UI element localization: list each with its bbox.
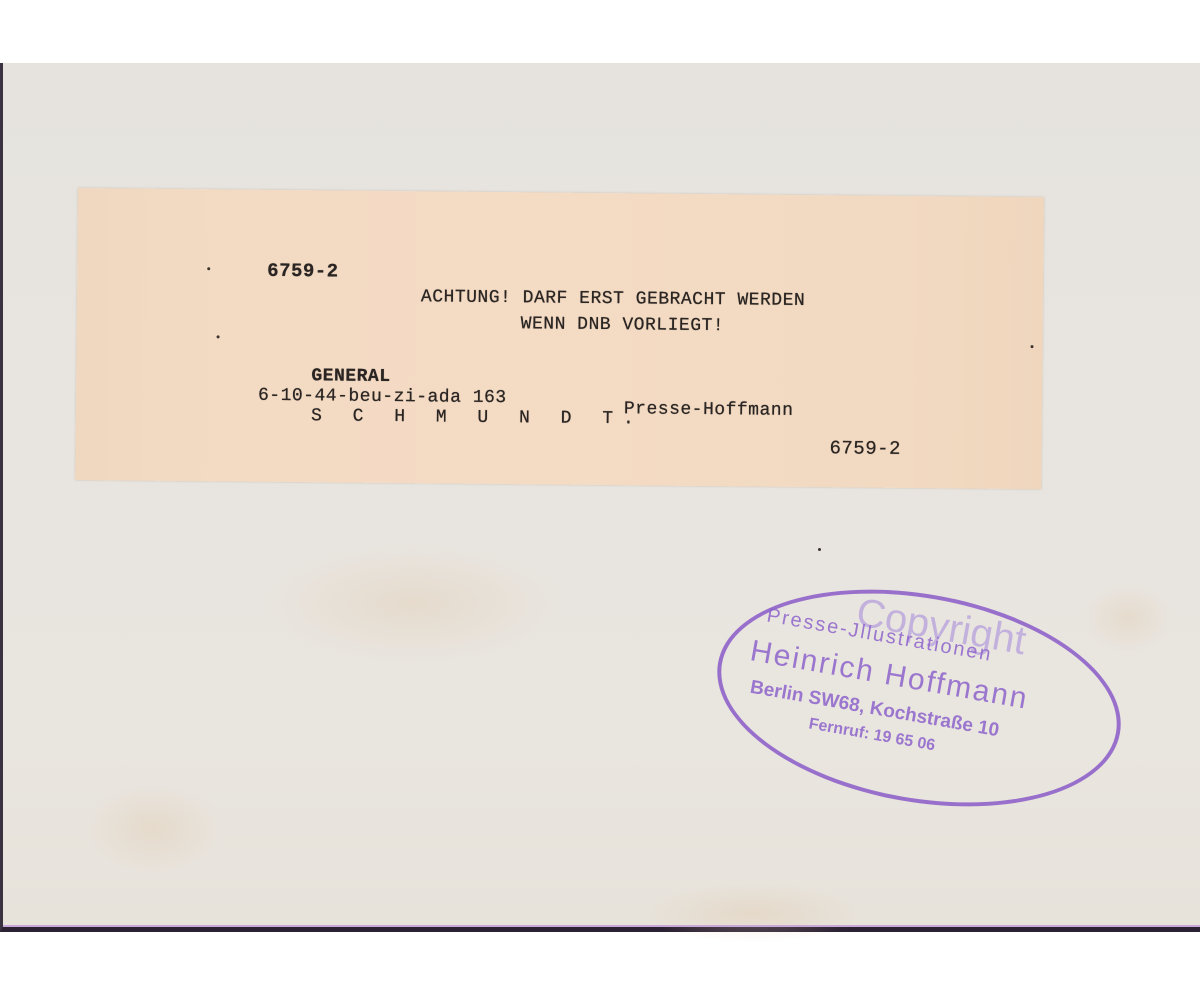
subject-name: S C H M U N D T. <box>311 406 644 429</box>
negative-number-bottom: 6759-2 <box>829 437 901 460</box>
ink-speck <box>818 548 821 551</box>
paper-stain <box>83 783 223 873</box>
agency-credit: Presse-Hoffmann <box>624 399 794 421</box>
warning-line-2: WENN DNB VORLIEGT! <box>521 314 725 336</box>
ink-dot <box>207 267 210 270</box>
typed-caption-label: 6759-2 ACHTUNG! DARF ERST GEBRACHT WERDE… <box>75 188 1044 489</box>
warning-line-1: ACHTUNG! DARF ERST GEBRACHT WERDEN <box>421 287 805 311</box>
subject-prefix: GENERAL <box>311 366 390 387</box>
negative-number-top: 6759-2 <box>267 260 339 283</box>
ink-dot <box>1031 345 1034 348</box>
paper-stain <box>643 883 863 943</box>
paper-stain <box>263 543 563 663</box>
ink-dot <box>217 335 220 338</box>
dateline: 6-10-44-beu-zi-ada 163 <box>258 386 507 408</box>
